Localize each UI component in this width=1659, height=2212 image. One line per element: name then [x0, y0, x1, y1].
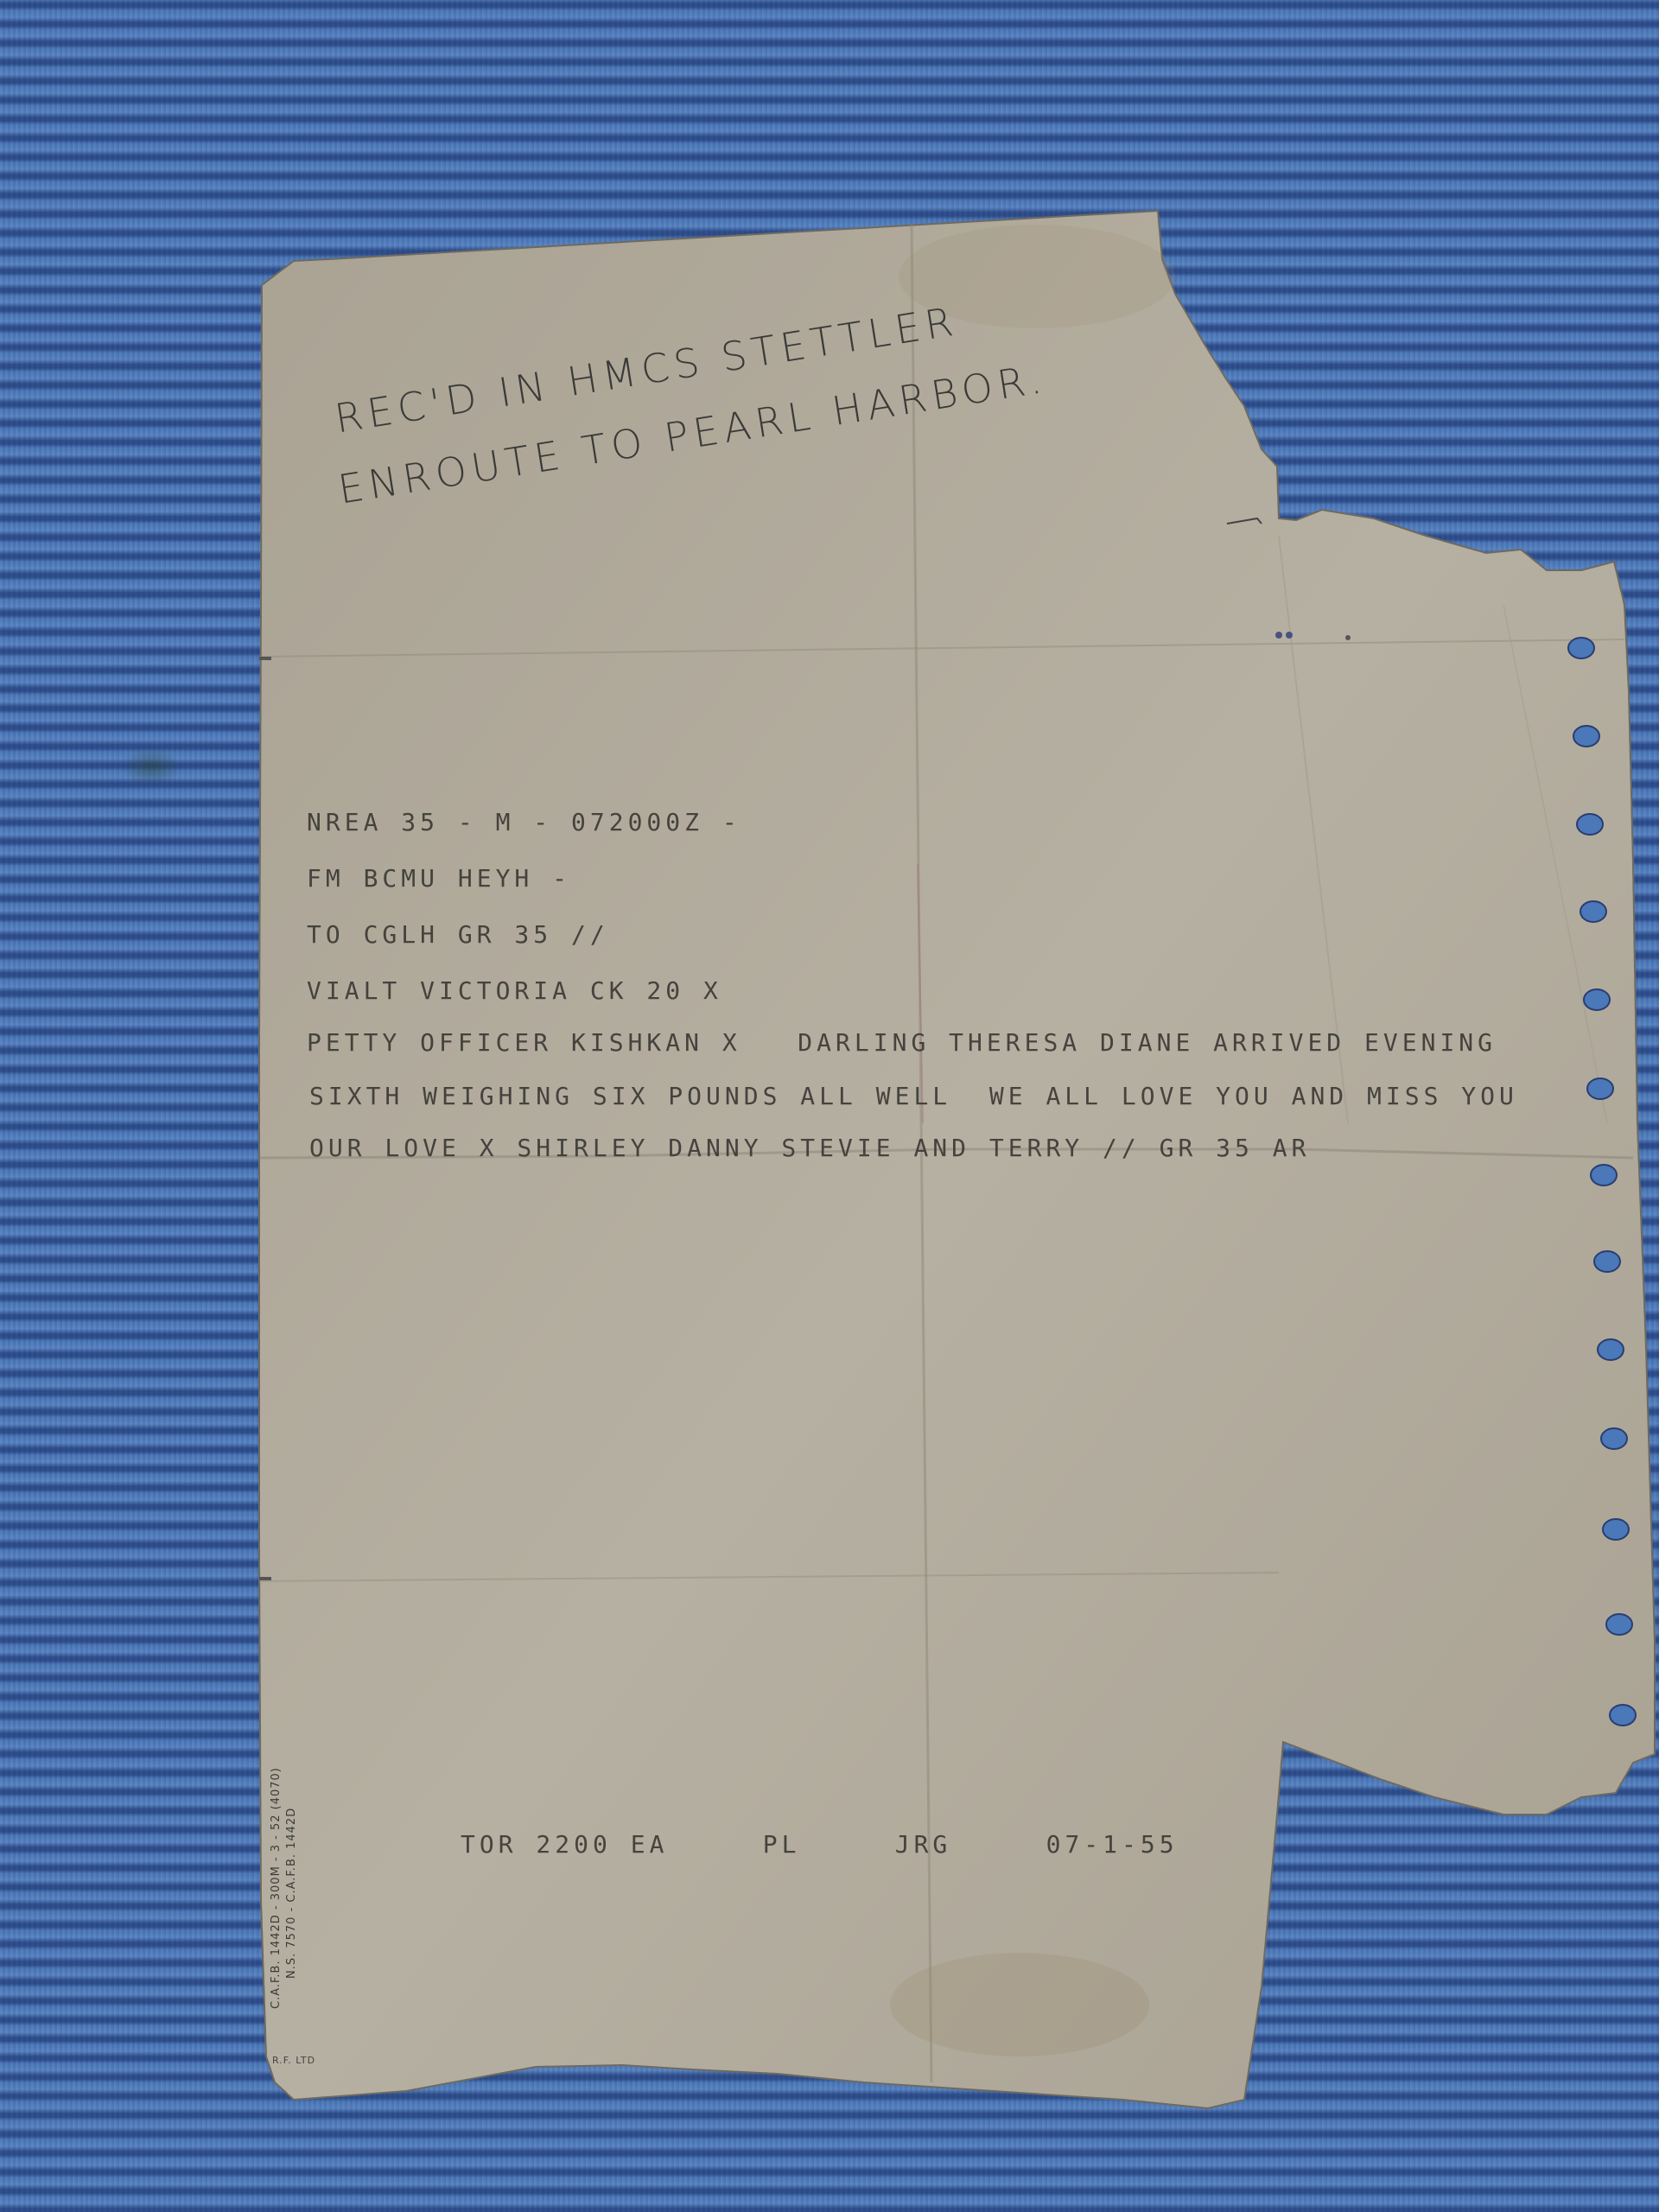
footer-tor-line: TOR 2200 EA PL JRG 07-1-55 — [461, 1830, 1179, 1859]
message-to-line: TO CGLH GR 35 // — [307, 920, 609, 949]
message-via-line: VIALT VICTORIA CK 20 X — [307, 976, 722, 1005]
message-from-line: FM BCMU HEYH - — [307, 864, 571, 893]
message-header-line: NREA 35 - M - 072000Z - — [307, 808, 741, 836]
form-code-line-1: C.A.F.B. 1442D - 300M - 3 - 52 (4070) — [270, 1767, 283, 2009]
message-body-line-3: OUR LOVE X SHIRLEY DANNY STEVIE AND TERR… — [309, 1134, 1310, 1162]
printer-mark: R.F. LTD — [272, 2055, 315, 2066]
form-code-line-2: N.S. 7570 - C.A.F.B. 1442D — [285, 1808, 298, 1979]
message-body-line-2: SIXTH WEIGHING SIX POUNDS ALL WELL WE AL… — [309, 1082, 1518, 1110]
message-body-line-1: PETTY OFFICER KISHKAN X DARLING THERESA … — [307, 1028, 1497, 1057]
telegram-paper: REC'D IN HMCS STETTLER ENROUTE TO PEARL … — [0, 0, 1659, 2212]
